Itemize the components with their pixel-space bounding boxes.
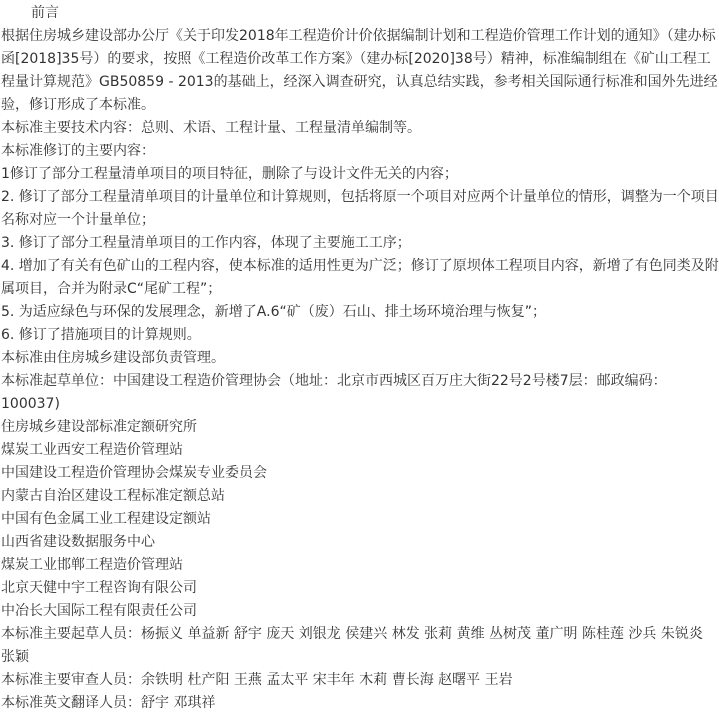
paragraph-chief-drafters: 本标准主要起草人员：杨振义 单益新 舒宇 庞天 刘银龙 侯建兴 林发 张莉 黄维… (1, 623, 719, 669)
paragraph-management: 本标准由住房城乡建设部负责管理。 (1, 347, 719, 370)
revision-item-4: 4. 增加了有关有色矿山的工程内容，使本标准的适用性更为广泛；修订了原坝体工程项… (1, 255, 719, 301)
drafting-unit-5: 中国有色金属工业工程建设定额站 (1, 508, 719, 531)
revision-item-1: 1修订了部分工程量清单项目的项目特征，删除了与设计文件无关的内容； (1, 163, 719, 186)
preface-title: 前言 (1, 2, 719, 25)
drafting-unit-7: 煤炭工业邯郸工程造价管理站 (1, 554, 719, 577)
revision-item-3: 3. 修订了部分工程量清单项目的工作内容，体现了主要施工工序； (1, 232, 719, 255)
revision-item-6: 6. 修订了措施项目的计算规则。 (1, 324, 719, 347)
revision-item-2: 2. 修订了部分工程量清单项目的计量单位和计算规则，包括将原一个项目对应两个计量… (1, 186, 719, 232)
paragraph-english-translators: 本标准英文翻译人员：舒宇 邓琪祥 (1, 692, 719, 715)
drafting-unit-3: 中国建设工程造价管理协会煤炭专业委员会 (1, 462, 719, 485)
drafting-unit-6: 山西省建设数据服务中心 (1, 531, 719, 554)
paragraph-standard-basis: 根据住房城乡建设部办公厅《关于印发2018年工程造价计价依据编制计划和工程造价管… (1, 25, 719, 117)
paragraph-chief-reviewers: 本标准主要审查人员：余铁明 杜产阳 王燕 孟太平 宋丰年 木莉 曹长海 赵曙平 … (1, 669, 719, 692)
paragraph-drafting-organization: 本标准起草单位：中国建设工程造价管理协会（地址：北京市西城区百万庄大街22号2号… (1, 370, 719, 416)
drafting-unit-1: 住房城乡建设部标准定额研究所 (1, 416, 719, 439)
drafting-unit-2: 煤炭工业西安工程造价管理站 (1, 439, 719, 462)
paragraph-technical-content: 本标准主要技术内容：总则、术语、工程计量、工程量清单编制等。 (1, 117, 719, 140)
drafting-unit-9: 中冶长大国际工程有限责任公司 (1, 600, 719, 623)
drafting-unit-4: 内蒙古自治区建设工程标准定额总站 (1, 485, 719, 508)
paragraph-revision-heading: 本标准修订的主要内容： (1, 140, 719, 163)
drafting-unit-8: 北京天健中宇工程咨询有限公司 (1, 577, 719, 600)
revision-item-5: 5. 为适应绿色与环保的发展理念，新增了A.6“矿（废）石山、排土场环境治理与恢… (1, 301, 719, 324)
preface-document: 前言 根据住房城乡建设部办公厅《关于印发2018年工程造价计价依据编制计划和工程… (0, 0, 719, 715)
